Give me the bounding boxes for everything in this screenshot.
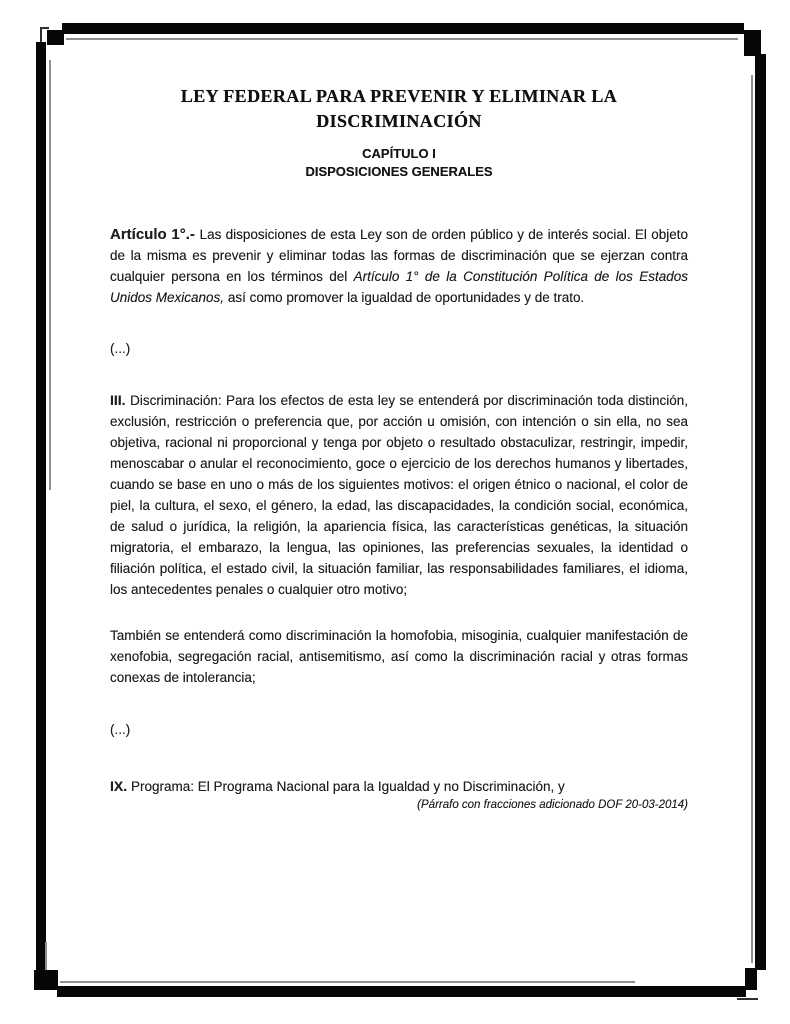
page-border-bottomright-step [745, 968, 757, 990]
paragraph-fraccion-ix-run: Programa: El Programa Nacional para la I… [131, 779, 565, 794]
page-border-bottomright-dash [737, 998, 758, 1000]
document-content: LEY FEDERAL PARA PREVENIR Y ELIMINAR LA … [110, 84, 688, 813]
page-border-left-shadow [49, 60, 51, 490]
paragraph-fraccion-iii-run: III. [110, 392, 130, 408]
paragraph-articulo-1-run: así como promover la igualdad de oportun… [224, 290, 584, 305]
page-border-bottomleft-step [34, 970, 58, 990]
chapter-subheading: DISPOSICIONES GENERALES [110, 163, 688, 181]
chapter-heading-block: CAPÍTULO I DISPOSICIONES GENERALES [110, 145, 688, 181]
chapter-heading: CAPÍTULO I [110, 145, 688, 163]
paragraph-ellipsis-1: (...) [110, 338, 688, 359]
page-border-bottom-shadow [60, 981, 635, 983]
paragraph-parrafo-tambien: También se entenderá como discriminación… [110, 625, 688, 688]
page-border-bottom [57, 986, 746, 997]
paragraph-articulo-1-run: Artículo 1°.- [110, 226, 200, 243]
paragraph-parrafo-tambien-run: También se entenderá como discriminación… [110, 628, 688, 685]
paragraph-articulo-1: Artículo 1°.- Las disposiciones de esta … [110, 224, 688, 308]
paragraph-fraccion-iii: III. Discriminación: Para los efectos de… [110, 390, 688, 600]
document-title-line2: DISCRIMINACIÓN [110, 109, 688, 134]
scanned-document-page: { "document": { "title_line1": "LEY FEDE… [0, 0, 790, 1024]
paragraph-fraccion-iii-run: Discriminación: Para los efectos de esta… [110, 393, 688, 597]
page-border-top-shadow [66, 38, 738, 40]
document-title: LEY FEDERAL PARA PREVENIR Y ELIMINAR LA … [110, 84, 688, 134]
page-border-topleft-step [47, 30, 64, 45]
page-border-top [62, 23, 744, 34]
page-border-left [36, 42, 46, 974]
paragraph-fraccion-ix: IX. Programa: El Programa Nacional para … [110, 776, 688, 797]
paragraph-nota-dof: (Párrafo con fracciones adicionado DOF 2… [110, 798, 688, 813]
page-border-right-shadow [751, 75, 753, 963]
document-title-line1: LEY FEDERAL PARA PREVENIR Y ELIMINAR LA [110, 84, 688, 109]
page-border-topright-step [744, 30, 761, 56]
document-body: Artículo 1°.- Las disposiciones de esta … [110, 224, 688, 813]
paragraph-fraccion-ix-run: IX. [110, 778, 131, 794]
paragraph-nota-dof-run: (Párrafo con fracciones adicionado DOF 2… [417, 799, 688, 811]
paragraph-ellipsis-2: (...) [110, 719, 688, 740]
paragraph-ellipsis-2-run: (...) [110, 722, 130, 737]
page-border-right [755, 54, 766, 970]
paragraph-ellipsis-1-run: (...) [110, 341, 130, 356]
